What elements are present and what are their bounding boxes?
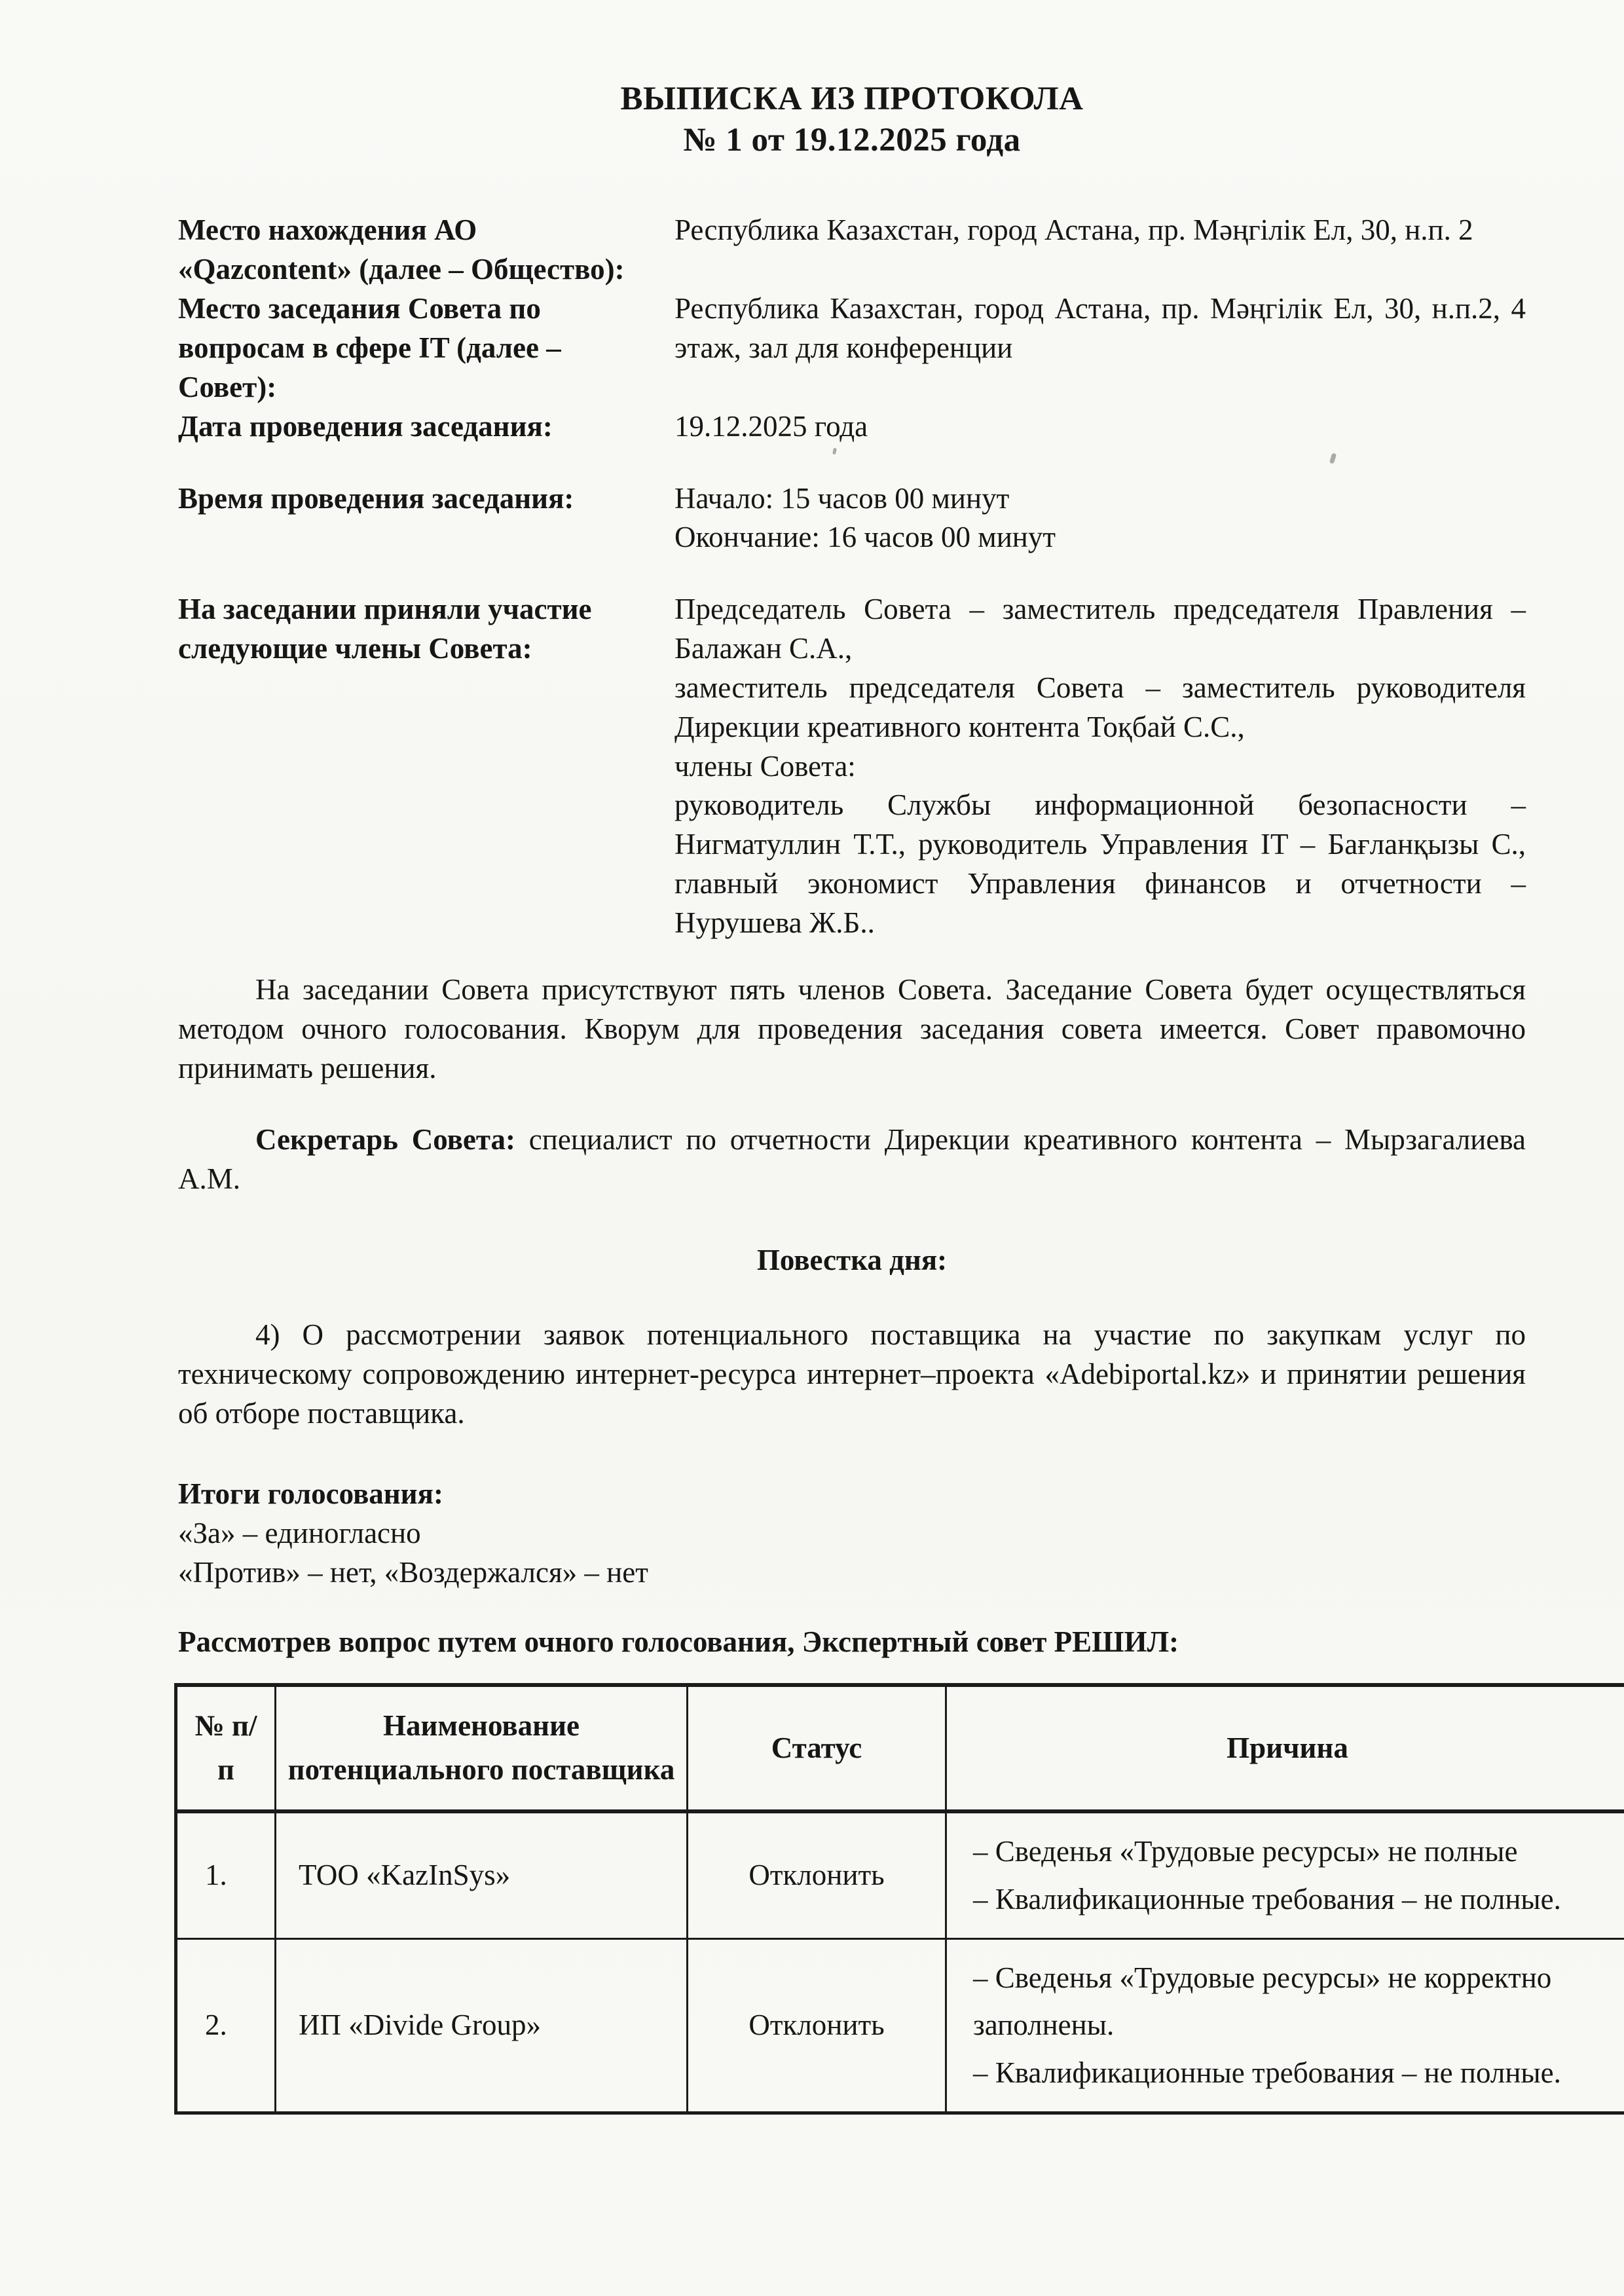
document-title-line2: № 1 от 19.12.2025 года (178, 120, 1526, 161)
attendance-paragraph: На заседании Совета присутствуют пять чл… (178, 971, 1526, 1088)
meta-value-line: Республика Казахстан, город Астана, пр. … (674, 211, 1526, 250)
cell-num: 1. (176, 1811, 276, 1938)
header-cell-status: Статус (688, 1685, 946, 1811)
suppliers-table-header: № п/п Наименование потенциального постав… (176, 1685, 1624, 1811)
meta-label-date: Дата проведения заседания: (178, 407, 674, 447)
meta-value-line: Окончание: 16 часов 00 минут (674, 518, 1526, 557)
participant-entry: заместитель председателя Совета – замест… (674, 669, 1526, 747)
participant-entry: Председатель Совета – заместитель предсе… (674, 590, 1526, 669)
meta-value-line: Начало: 15 часов 00 минут (674, 479, 1526, 519)
participant-entry: члены Совета: (674, 747, 1526, 787)
table-row: 2. ИП «Divide Group» Отклонить – Сведень… (176, 1938, 1624, 2113)
cell-status: Отклонить (688, 1811, 946, 1938)
document-title: ВЫПИСКА ИЗ ПРОТОКОЛА № 1 от 19.12.2025 г… (178, 79, 1526, 161)
meta-value-line: Республика Казахстан, город Астана, пр. … (674, 289, 1526, 368)
document-title-line1: ВЫПИСКА ИЗ ПРОТОКОЛА (178, 79, 1526, 120)
header-cell-reason: Причина (946, 1685, 1624, 1811)
voting-line-against: «Против» – нет, «Воздержался» – нет (178, 1553, 1526, 1593)
meta-label-time: Время проведения заседания: (178, 479, 674, 519)
meta-section: Место нахождения АО «Qazcontent» (далее … (178, 211, 1526, 942)
cell-supplier: ИП «Divide Group» (276, 1938, 688, 2113)
secretary-label: Секретарь Совета: (255, 1123, 515, 1156)
header-cell-supplier: Наименование потенциального поставщика (276, 1685, 688, 1811)
cell-supplier: ТОО «KazInSys» (276, 1811, 688, 1938)
cell-reason: – Сведенья «Трудовые ресурсы» не коррект… (946, 1938, 1624, 2113)
meta-label-venue: Место заседания Совета по вопросам в сфе… (178, 289, 674, 407)
document-page: ВЫПИСКА ИЗ ПРОТОКОЛА № 1 от 19.12.2025 г… (0, 0, 1624, 2296)
meta-label-participants: На заседании приняли участие следующие ч… (178, 590, 674, 669)
agenda-item: 4) О рассмотрении заявок потенциального … (178, 1316, 1526, 1434)
cell-num: 2. (176, 1938, 276, 2113)
reason-line: – Квалификационные требования – не полны… (973, 1876, 1611, 1923)
cell-status: Отклонить (688, 1938, 946, 2113)
meta-value-date: 19.12.2025 года (674, 407, 1526, 447)
meta-label-location: Место нахождения АО «Qazcontent» (далее … (178, 211, 674, 289)
reason-line: – Сведенья «Трудовые ресурсы» не коррект… (973, 1954, 1611, 2050)
table-row: 1. ТОО «KazInSys» Отклонить – Сведенья «… (176, 1811, 1624, 1938)
voting-heading: Итоги голосования: (178, 1475, 1526, 1514)
meta-row-time: Время проведения заседания: Начало: 15 ч… (178, 479, 1526, 558)
secretary-paragraph: Секретарь Совета: специалист по отчетнос… (178, 1120, 1526, 1199)
reason-line: – Сведенья «Трудовые ресурсы» не полные (973, 1828, 1611, 1876)
cell-reason: – Сведенья «Трудовые ресурсы» не полные … (946, 1811, 1624, 1938)
meta-value-line: 19.12.2025 года (674, 407, 1526, 447)
participant-entry: руководитель Службы информационной безоп… (674, 786, 1526, 942)
header-cell-num: № п/п (176, 1685, 276, 1811)
agenda-heading: Повестка дня: (178, 1241, 1526, 1280)
decision-heading: Рассмотрев вопрос путем очного голосован… (178, 1623, 1526, 1662)
suppliers-table: № п/п Наименование потенциального постав… (174, 1683, 1624, 2115)
meta-row-participants: На заседании приняли участие следующие ч… (178, 590, 1526, 943)
meta-value-venue: Республика Казахстан, город Астана, пр. … (674, 289, 1526, 368)
meta-value-participants: Председатель Совета – заместитель предсе… (674, 590, 1526, 943)
meta-row-date: Дата проведения заседания: 19.12.2025 го… (178, 407, 1526, 447)
reason-line: – Квалификационные требования – не полны… (973, 2049, 1611, 2097)
voting-line-for: «За» – единогласно (178, 1514, 1526, 1553)
meta-value-time: Начало: 15 часов 00 минут Окончание: 16 … (674, 479, 1526, 558)
meta-row-location: Место нахождения АО «Qazcontent» (далее … (178, 211, 1526, 289)
meta-row-venue: Место заседания Совета по вопросам в сфе… (178, 289, 1526, 407)
meta-value-location: Республика Казахстан, город Астана, пр. … (674, 211, 1526, 250)
